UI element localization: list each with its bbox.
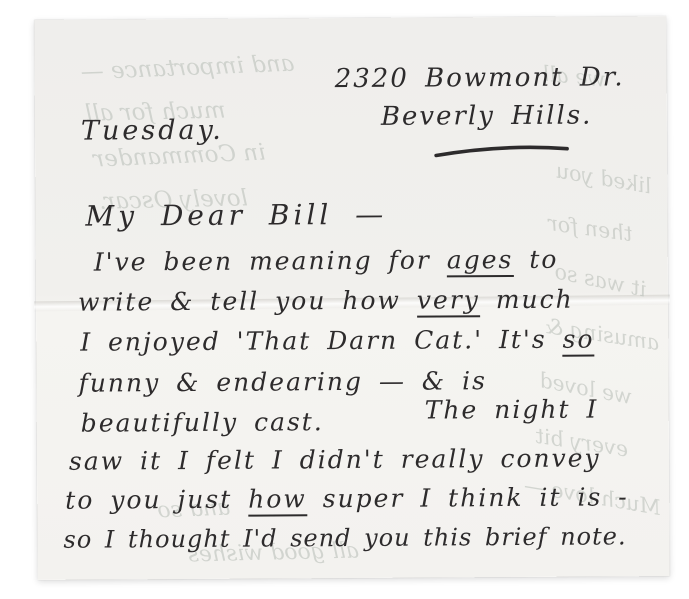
underlined-word: very bbox=[417, 285, 480, 317]
letter-line-3: I enjoyed 'That Darn Cat.' It's so bbox=[80, 325, 594, 357]
letter-line-4: funny & endearing — & is bbox=[78, 366, 487, 397]
letter-line-5-left: beautifully cast. bbox=[81, 407, 324, 437]
letter-photo: and importance — much for all in Command… bbox=[0, 0, 689, 599]
bleed-through-line: then for bbox=[546, 211, 633, 246]
line-text: write & tell you how bbox=[78, 286, 417, 317]
dateline: Tuesday. bbox=[81, 115, 224, 147]
line-text: I've been meaning for bbox=[94, 245, 447, 276]
line-text: to you just bbox=[65, 485, 248, 515]
line-text: I enjoyed 'That Darn Cat.' It's bbox=[80, 325, 562, 357]
line-text: super I think it is - bbox=[307, 482, 629, 513]
line-text: much bbox=[480, 285, 574, 315]
bleed-through-line: and importance — bbox=[80, 51, 295, 86]
letter-line-6: saw it I felt I didn't really convey bbox=[69, 443, 601, 475]
letter-line-5-right: The night I bbox=[425, 394, 599, 424]
bleed-through-line: liked you bbox=[554, 159, 653, 199]
letter-line-8: so I thought I'd send you this brief not… bbox=[63, 522, 626, 553]
address-line-1: 2320 Bowmont Dr. bbox=[335, 62, 625, 94]
underlined-word: how bbox=[248, 484, 307, 516]
letter-line-1: I've been meaning for ages to bbox=[94, 245, 559, 277]
address-underline-flourish bbox=[433, 143, 571, 164]
salutation: My Dear Bill — bbox=[85, 198, 387, 233]
letter-paper: and importance — much for all in Command… bbox=[34, 16, 669, 580]
line-text: to bbox=[513, 245, 558, 274]
letter-line-2: write & tell you how very much bbox=[78, 285, 574, 317]
underlined-word: so bbox=[562, 325, 594, 357]
underlined-word: ages bbox=[447, 245, 514, 277]
address-line-2: Beverly Hills. bbox=[381, 101, 593, 132]
letter-line-7: to you just how super I think it is - bbox=[65, 482, 629, 514]
